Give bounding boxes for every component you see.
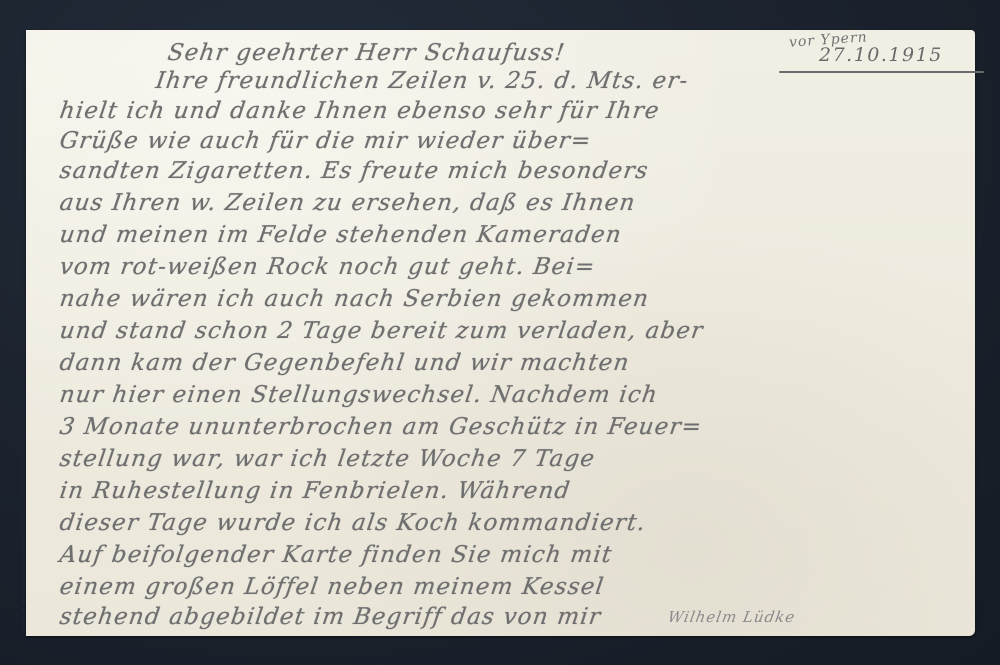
- text-line: aus Ihren w. Zeilen zu ersehen, daß es I…: [58, 190, 637, 216]
- text-line: stellung war, war ich letzte Woche 7 Tag…: [58, 446, 597, 472]
- text-line: in Ruhestellung in Fenbrielen. Während: [58, 478, 572, 504]
- text-line: 3 Monate ununterbrochen am Geschütz in F…: [58, 414, 704, 440]
- text-line: Auf beifolgender Karte finden Sie mich m…: [58, 542, 614, 568]
- letter-body: Sehr geehrter Herr Schaufuss! Ihre freun…: [58, 34, 945, 636]
- postcard: vor Ypern 27.10.1915 Sehr geehrter Herr …: [26, 30, 975, 636]
- text-line: hielt ich und danke Ihnen ebenso sehr fü…: [58, 98, 662, 124]
- text-line: sandten Zigaretten. Es freute mich beson…: [58, 158, 650, 184]
- text-line: nur hier einen Stellungswechsel. Nachdem…: [58, 382, 660, 408]
- text-line: dieser Tage wurde ich als Koch kommandie…: [58, 510, 648, 536]
- text-line: einem großen Löffel neben meinem Kessel: [58, 574, 606, 600]
- greeting-line: Sehr geehrter Herr Schaufuss!: [166, 40, 567, 66]
- perforated-edge: [22, 30, 30, 636]
- text-line: Ihre freundlichen Zeilen v. 25. d. Mts. …: [154, 68, 690, 94]
- text-line: Grüße wie auch für die mir wieder über=: [58, 128, 593, 154]
- text-line: und meinen im Felde stehenden Kameraden: [58, 222, 624, 248]
- text-line: vom rot-weißen Rock noch gut geht. Bei=: [58, 254, 597, 280]
- text-line: nahe wären ich auch nach Serbien gekomme…: [58, 286, 651, 312]
- text-line: stehend abgebildet im Begriff das von mi…: [58, 604, 603, 630]
- signature: Wilhelm Lüdke: [666, 608, 796, 626]
- text-line: und stand schon 2 Tage bereit zum verlad…: [58, 318, 705, 344]
- text-line: dann kam der Gegenbefehl und wir machten: [58, 350, 631, 376]
